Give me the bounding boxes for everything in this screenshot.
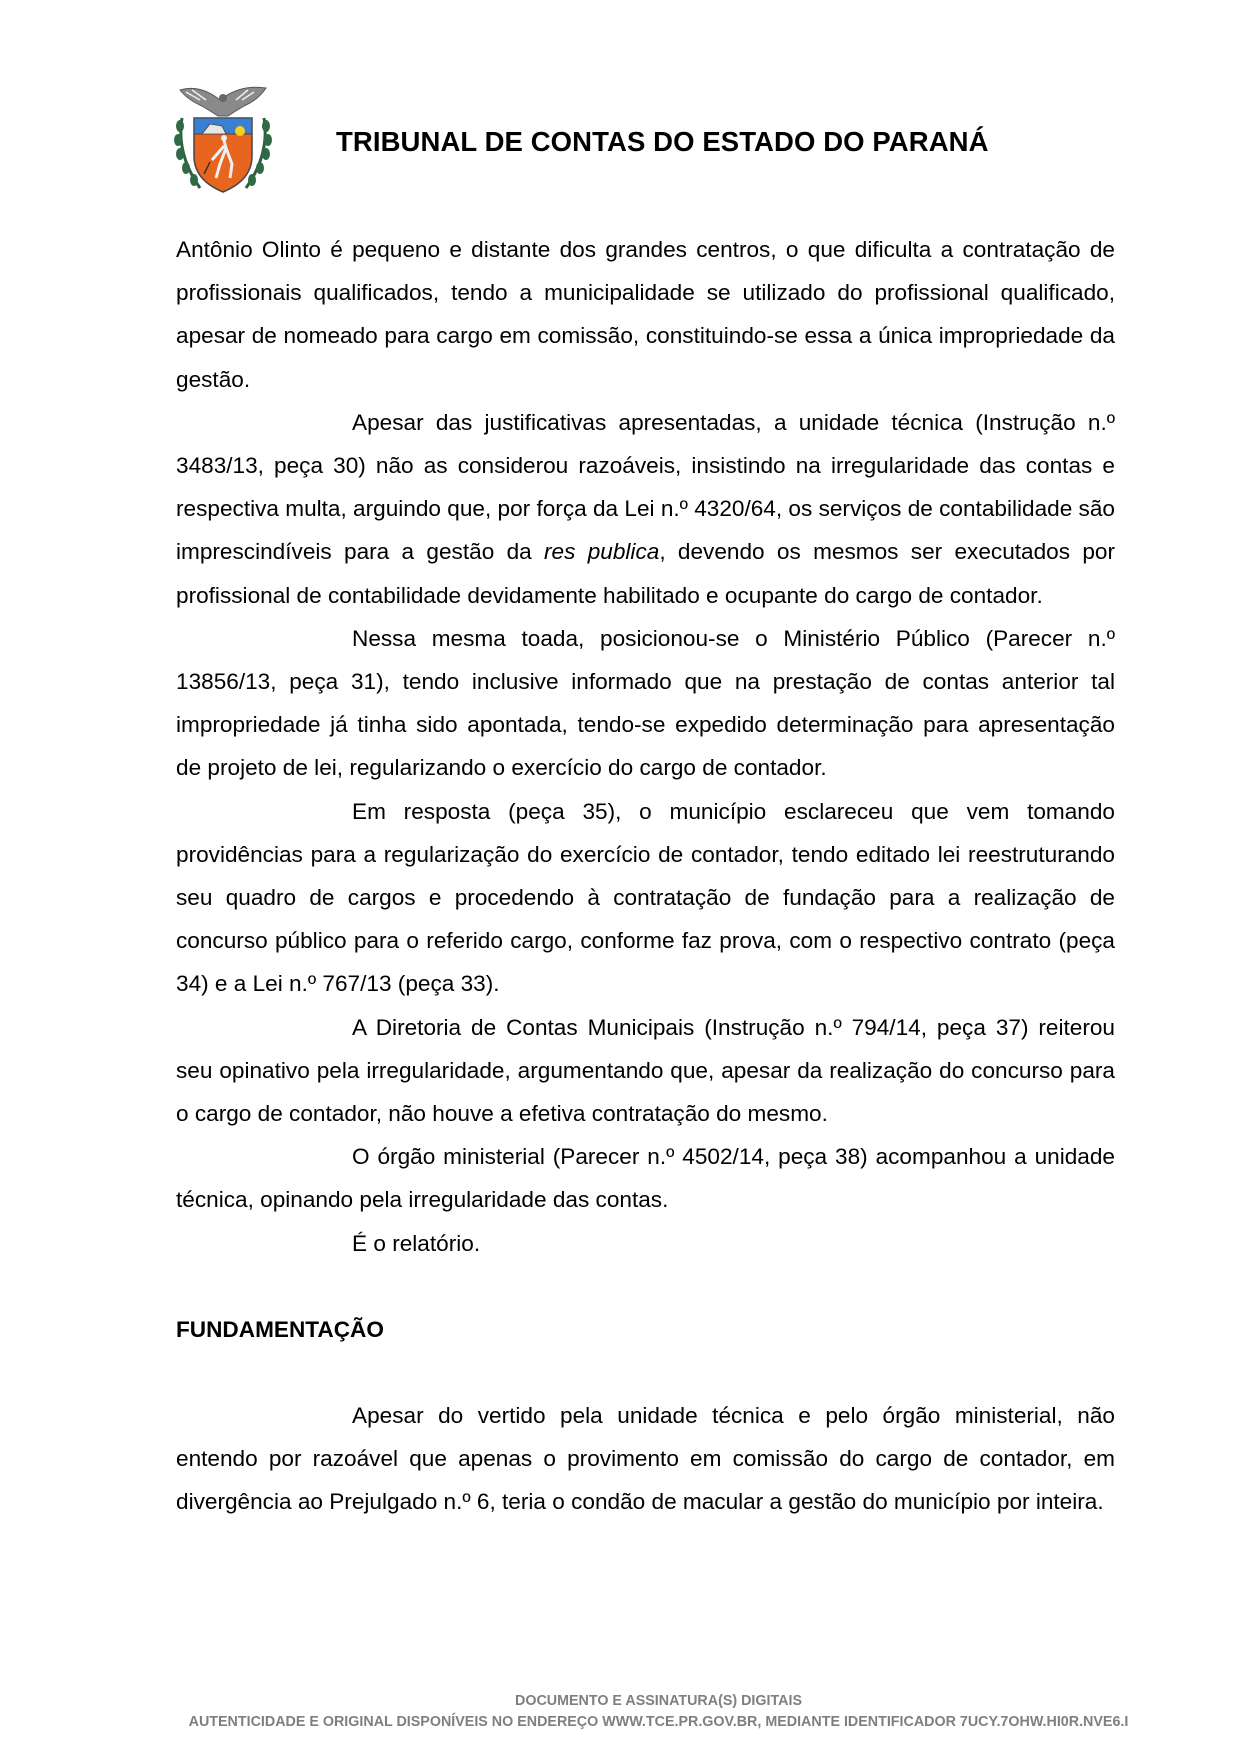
paragraph-2: Apesar das justificativas apresentadas, … bbox=[176, 401, 1115, 617]
footer-line-1: DOCUMENTO E ASSINATURA(S) DIGITAIS bbox=[38, 1693, 1241, 1709]
paragraph-4: Em resposta (peça 35), o município escla… bbox=[176, 790, 1115, 1006]
paragraph-2-italic: res publica bbox=[544, 539, 659, 564]
section-heading: FUNDAMENTAÇÃO bbox=[176, 1308, 1115, 1351]
paragraph-3: Nessa mesma toada, posicionou-se o Minis… bbox=[176, 617, 1115, 790]
document-body: Antônio Olinto é pequeno e distante dos … bbox=[176, 228, 1115, 1524]
paragraph-1: Antônio Olinto é pequeno e distante dos … bbox=[176, 228, 1115, 401]
footer-line-2: AUTENTICIDADE E ORIGINAL DISPONÍVEIS NO … bbox=[38, 1714, 1241, 1730]
parana-coat-of-arms-icon bbox=[170, 84, 276, 198]
paragraph-8: Apesar do vertido pela unidade técnica e… bbox=[176, 1394, 1115, 1524]
paragraph-5: A Diretoria de Contas Municipais (Instru… bbox=[176, 1006, 1115, 1136]
header-title: TRIBUNAL DE CONTAS DO ESTADO DO PARANÁ bbox=[336, 126, 989, 158]
document-page: TRIBUNAL DE CONTAS DO ESTADO DO PARANÁ A… bbox=[0, 0, 1241, 1755]
paragraph-7: É o relatório. bbox=[176, 1222, 1115, 1265]
paragraph-6: O órgão ministerial (Parecer n.º 4502/14… bbox=[176, 1135, 1115, 1221]
